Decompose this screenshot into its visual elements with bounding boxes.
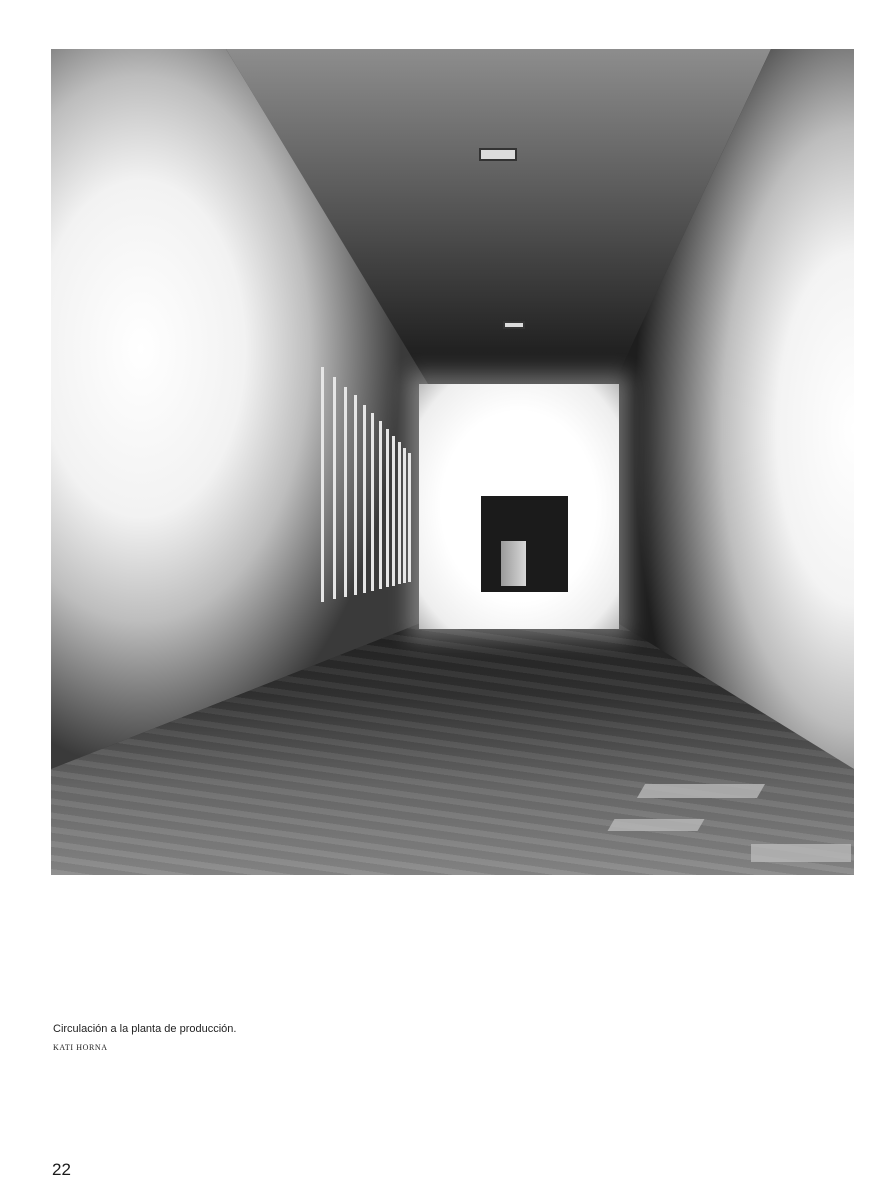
distant-light xyxy=(501,541,526,586)
floor-light-patch xyxy=(751,844,851,862)
ceiling-light-fixture xyxy=(503,321,525,329)
floor-light-patch xyxy=(608,819,705,831)
corridor-photograph xyxy=(51,49,854,875)
wall-slat xyxy=(344,387,347,597)
wall-slat xyxy=(392,436,395,586)
photo-credit: KATI HORNA xyxy=(53,1043,108,1052)
floor-light-patch xyxy=(637,784,765,798)
wall-slat xyxy=(408,453,411,582)
wall-slat xyxy=(354,395,357,595)
page-number: 22 xyxy=(52,1160,71,1180)
wall-slat xyxy=(403,448,406,583)
wall-slat xyxy=(371,413,374,591)
wall-slat xyxy=(398,442,401,584)
wall-slat xyxy=(321,367,324,602)
wall-slat xyxy=(379,421,382,589)
wall-slat xyxy=(386,429,389,587)
figure-caption: Circulación a la planta de producción. xyxy=(53,1023,236,1035)
wall-slat xyxy=(363,405,366,593)
wall-slat xyxy=(333,377,336,599)
ceiling-light-fixture xyxy=(479,148,517,161)
